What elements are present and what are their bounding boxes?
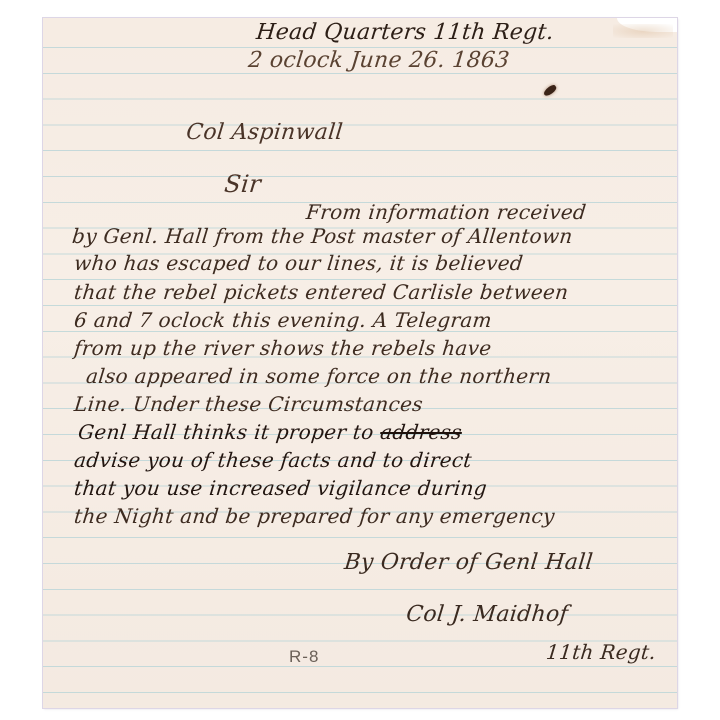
document-image: Head Quarters 11th Regt. 2 oclock June 2… bbox=[0, 0, 720, 720]
signature-regiment: 11th Regt. bbox=[545, 640, 657, 664]
body-line-11: that you use increased vigilance during bbox=[73, 476, 488, 500]
body-line-7: also appeared in some force on the north… bbox=[85, 364, 553, 388]
struck-word: address bbox=[379, 420, 463, 444]
closing-order: By Order of Genl Hall bbox=[343, 550, 594, 575]
body-line-9: Genl Hall thinks it proper to address bbox=[77, 420, 463, 444]
body-line-6: from up the river shows the rebels have bbox=[73, 336, 493, 360]
body-line-12: the Night and be prepared for any emerge… bbox=[73, 504, 556, 528]
heading-date: 2 oclock June 26. 1863 bbox=[247, 48, 511, 73]
signature: Col J. Maidhof bbox=[405, 602, 569, 627]
body-line-5: 6 and 7 oclock this evening. A Telegram bbox=[73, 308, 493, 332]
body-line-8: Line. Under these Circumstances bbox=[73, 392, 424, 416]
ink-blot bbox=[542, 84, 557, 98]
body-line-4: that the rebel pickets entered Carlisle … bbox=[73, 280, 570, 304]
addressee: Col Aspinwall bbox=[185, 120, 344, 145]
letter-paper: Head Quarters 11th Regt. 2 oclock June 2… bbox=[43, 18, 677, 708]
body-line-10: advise you of these facts and to direct bbox=[73, 448, 473, 472]
body-line-2: by Genl. Hall from the Post master of Al… bbox=[71, 224, 574, 248]
body-line-3: who has escaped to our lines, it is beli… bbox=[73, 251, 524, 275]
archive-mark: R-8 bbox=[289, 647, 319, 667]
paper-stain bbox=[613, 24, 673, 38]
body-line-1: From information received bbox=[305, 200, 587, 224]
body-line-9-text: Genl Hall thinks it proper to bbox=[77, 420, 375, 444]
heading-location: Head Quarters 11th Regt. bbox=[255, 20, 555, 45]
salutation: Sir bbox=[223, 170, 262, 198]
